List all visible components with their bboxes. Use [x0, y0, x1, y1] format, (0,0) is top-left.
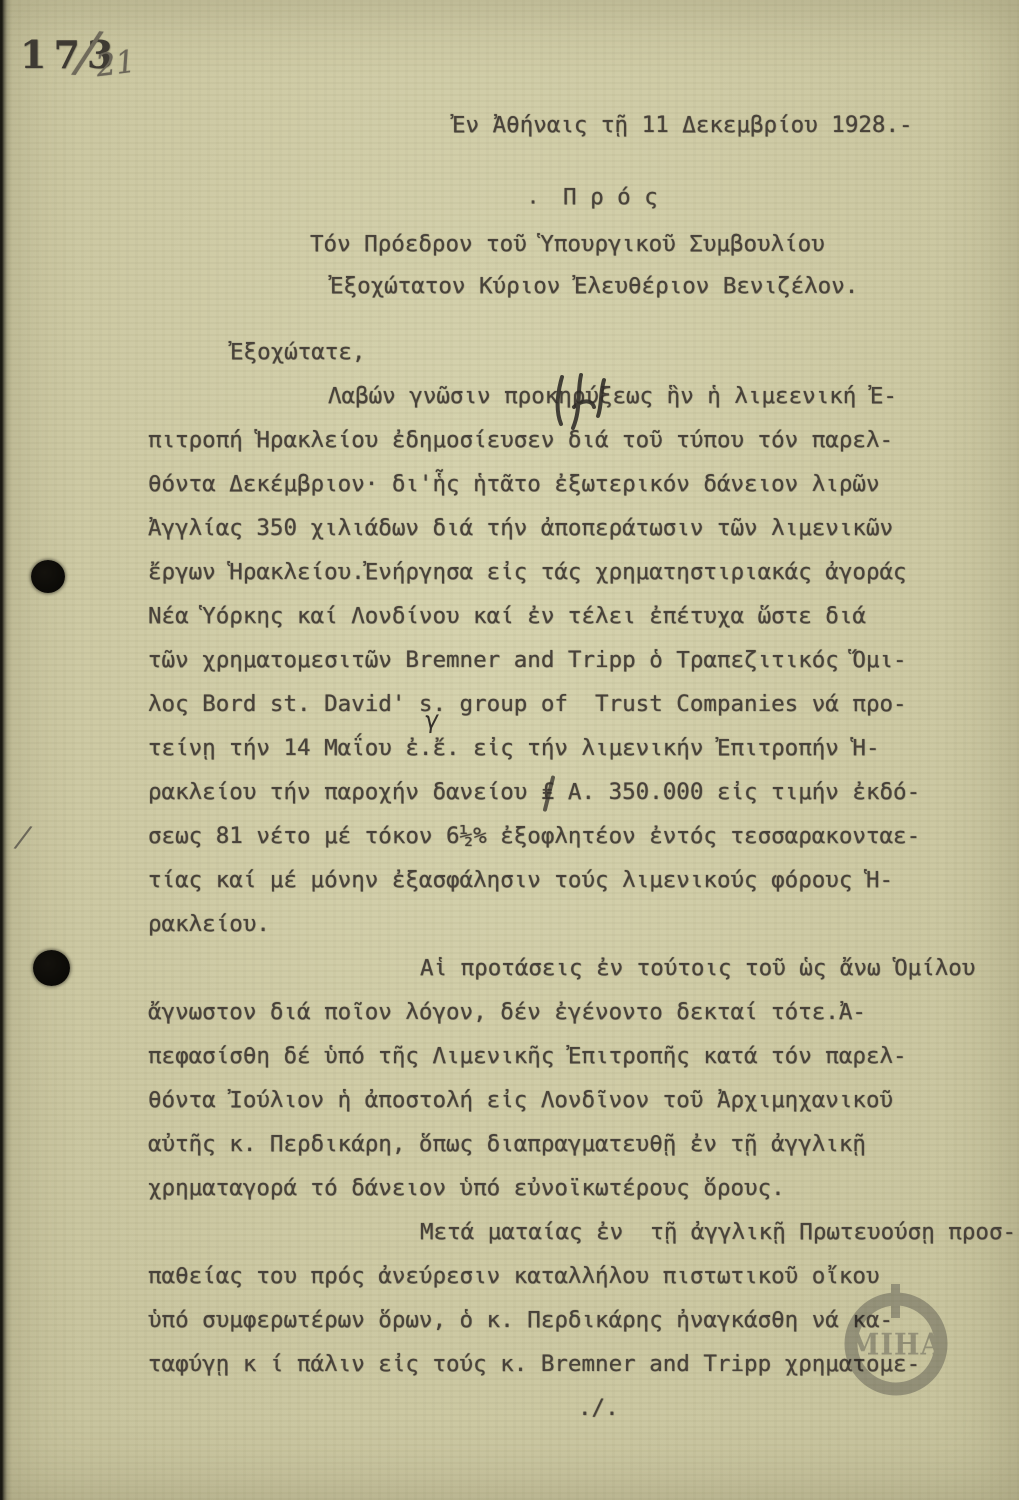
recipient-name-line: Ἐξοχώτατον Κύριον Ἐλευθέριον Βενιζέλον.: [330, 273, 858, 299]
recipient-title-line: Τόν Πρόεδρον τοῦ Ὑπουργικοῦ Συμβουλίου: [310, 231, 825, 257]
punch-hole-top: [31, 560, 65, 593]
handwritten-correction-strokes: [540, 371, 650, 433]
letter-body: Λαβών γνῶσιν προκηρύξεως ἣν ἡ λιμεενική …: [148, 374, 968, 1430]
typed-line: Νέα Ὑόρκης καί Λονδίνου καί ἐν τέλει ἐπέ…: [148, 594, 968, 638]
typed-line: ρακλείου τήν παροχήν δανείου ₤ Α. 350.00…: [148, 770, 968, 814]
typed-line: ἔργων Ἡρακλείου.Ἐνήργησα εἰς τάς χρηματη…: [148, 550, 968, 594]
typed-line: τῶν χρηματομεσιτῶν Bremner and Tripp ὁ Τ…: [148, 638, 968, 682]
to-heading-dot: ·: [527, 190, 539, 214]
typed-line: θόντα Δεκέμβριον· δι'ἧς ἡτᾶτο ἐξωτερικόν…: [148, 462, 968, 506]
punch-hole-bottom: [33, 950, 70, 986]
watermark-monogram: ΜΙΗΑ: [850, 1326, 943, 1362]
typed-line: Αἱ προτάσεις ἐν τούτοις τοῦ ὡς ἄνω Ὁμίλο…: [148, 946, 968, 990]
archive-watermark-stamp: ΜΙΗΑ: [836, 1284, 958, 1410]
typed-line: τίας καί μέ μόνην ἐξασφάλησιν τούς λιμεν…: [148, 858, 968, 902]
typed-line: ἄγνωστον διά ποῖον λόγον, δέν ἐγένοντο δ…: [148, 990, 968, 1034]
stray-pen-mark: /: [15, 819, 31, 855]
typed-line: σεως 81 νέτο μέ τόκον 6½% ἐξοφλητέον ἐντ…: [148, 814, 968, 858]
typed-line: τείνῃ τήν 14 Μαΐου ἐ.ἔ. εἰς τήν λιμενική…: [148, 726, 968, 770]
document-page: 173 / 21 / Ἐν Ἀθήναις τῇ 11 Δεκεμβρίου 1…: [0, 0, 1019, 1500]
typed-line: λος Bord st. David' s. group of Trust Co…: [148, 682, 968, 726]
typed-line: Μετά ματαίας ἐν τῇ ἀγγλικῇ Πρωτευούσῃ πρ…: [148, 1210, 968, 1254]
typed-line: χρηματαγορά τό δάνειον ὑπό εὐνοϊκωτέρους…: [148, 1166, 968, 1210]
scan-torn-edge: [0, 0, 11, 1500]
typed-line: αὐτῆς κ. Περδικάρη, ὅπως διαπραγματευθῇ …: [148, 1122, 968, 1166]
handwritten-gamma-note: γ: [423, 706, 439, 735]
typed-line: ρακλείου.: [148, 902, 968, 946]
to-heading: Π ρ ό ς: [563, 184, 658, 210]
typed-line: Ἀγγλίας 350 χιλιάδων διά τήν ἀποπεράτωσι…: [148, 506, 968, 550]
date-line: Ἐν Ἀθήναις τῇ 11 Δεκεμβρίου 1928.-: [452, 112, 913, 138]
typed-line: θόντα Ἰούλιον ἡ ἀποστολή εἰς Λονδῖνον το…: [148, 1078, 968, 1122]
salutation: Ἐξοχώτατε,: [230, 339, 365, 365]
folio-handwritten-suffix: 21: [94, 44, 138, 85]
typed-line: πεφασίσθη δέ ὑπό τῆς Λιμενικῆς Ἐπιτροπῆς…: [148, 1034, 968, 1078]
